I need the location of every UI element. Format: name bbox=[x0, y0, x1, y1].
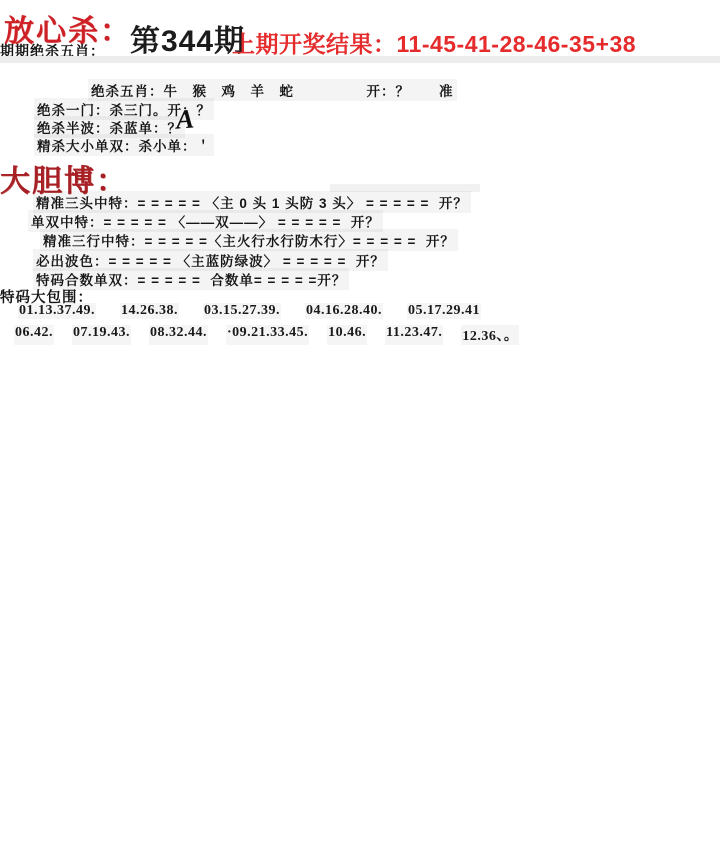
number-group: 08.32.44. bbox=[149, 325, 208, 345]
number-group: 11.23.47. bbox=[385, 325, 443, 345]
number-group: 07.19.43. bbox=[72, 325, 131, 345]
number-group: 10.46. bbox=[327, 325, 367, 345]
number-group: 01.13.37.49. bbox=[18, 303, 96, 319]
number-group: 04.16.28.40. bbox=[305, 303, 383, 319]
number-group: 14.26.38. bbox=[120, 303, 179, 319]
number-group: 06.42. bbox=[14, 325, 54, 345]
lottery-tips-page: 放心杀： 第344期 上期开奖结果：11-45-41-28-46-35+38 期… bbox=[0, 0, 720, 843]
three-elements-line: 精准三行中特：= = = = =〈主火行水行防木行〉= = = = = 开？ bbox=[40, 229, 458, 251]
coverage-row-1: 01.13.37.49. 14.26.38. 03.15.27.39. 04.1… bbox=[18, 303, 481, 319]
number-group: 03.15.27.39. bbox=[203, 303, 281, 319]
number-group: ·09.21.33.45. bbox=[226, 325, 309, 345]
last-draw-result: 上期开奖结果：11-45-41-28-46-35+38 bbox=[232, 26, 636, 59]
handwritten-a-mark: A bbox=[175, 103, 195, 135]
scan-artifact-band bbox=[0, 56, 720, 63]
number-group: 05.17.29.41 bbox=[407, 303, 481, 319]
coverage-row-2: 06.42. 07.19.43. 08.32.44. ·09.21.33.45.… bbox=[14, 325, 519, 345]
number-group: 12.36、。 bbox=[461, 325, 519, 345]
kill-big-small-odd-even-line: 精杀大小单双：杀小单：＇ bbox=[34, 134, 214, 156]
issue-number: 第344期 bbox=[130, 16, 245, 60]
